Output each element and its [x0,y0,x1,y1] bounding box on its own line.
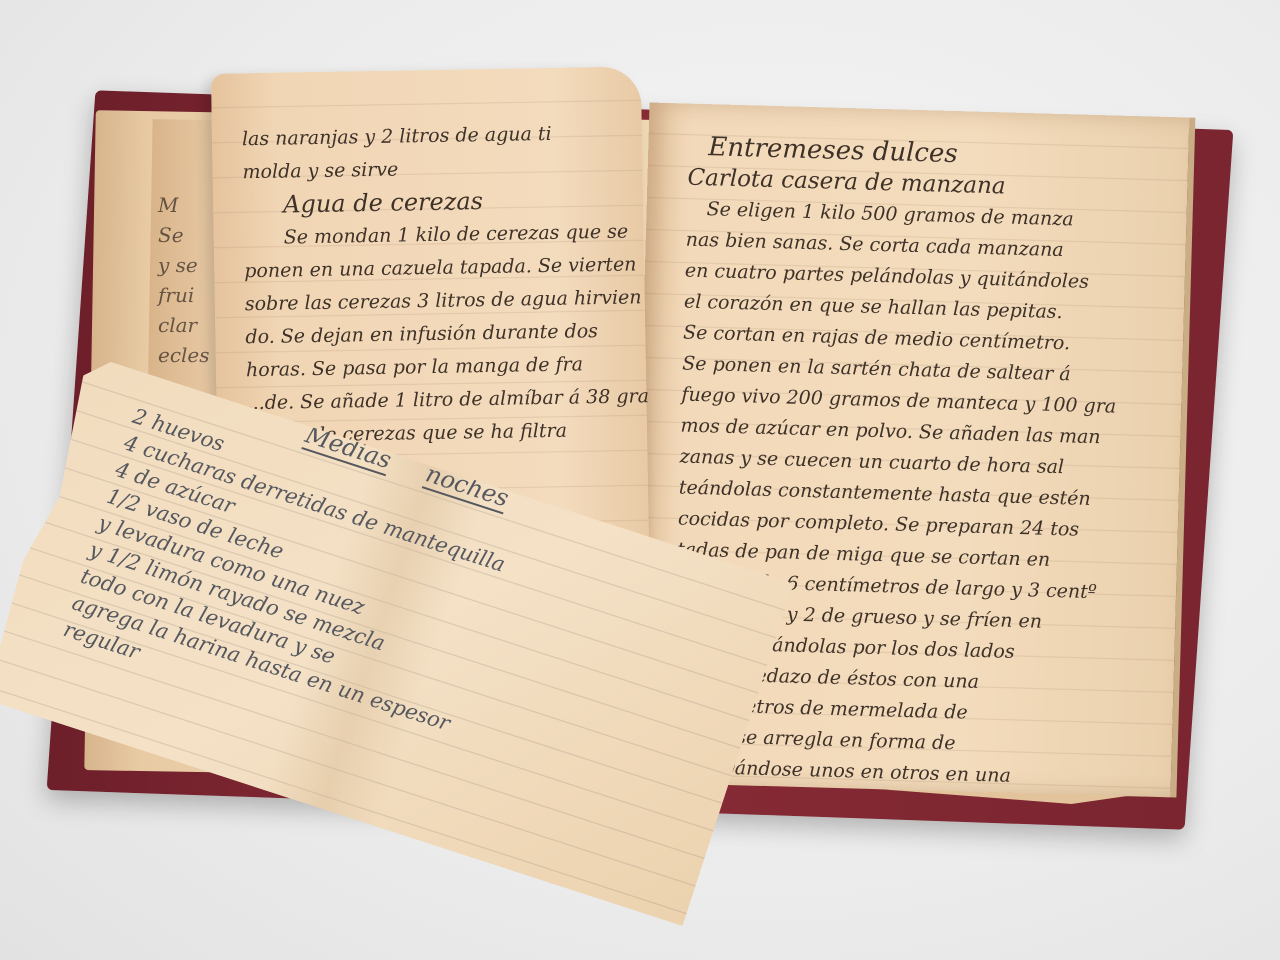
recipe-line: do. Se dejan en infusión durante dos [245,314,648,354]
recipe-line: ...de. Se añade 1 litro de almíbar á 38 … [246,380,649,420]
photo-scene: Entremeses dulces Carlota casera de manz… [0,0,1280,960]
